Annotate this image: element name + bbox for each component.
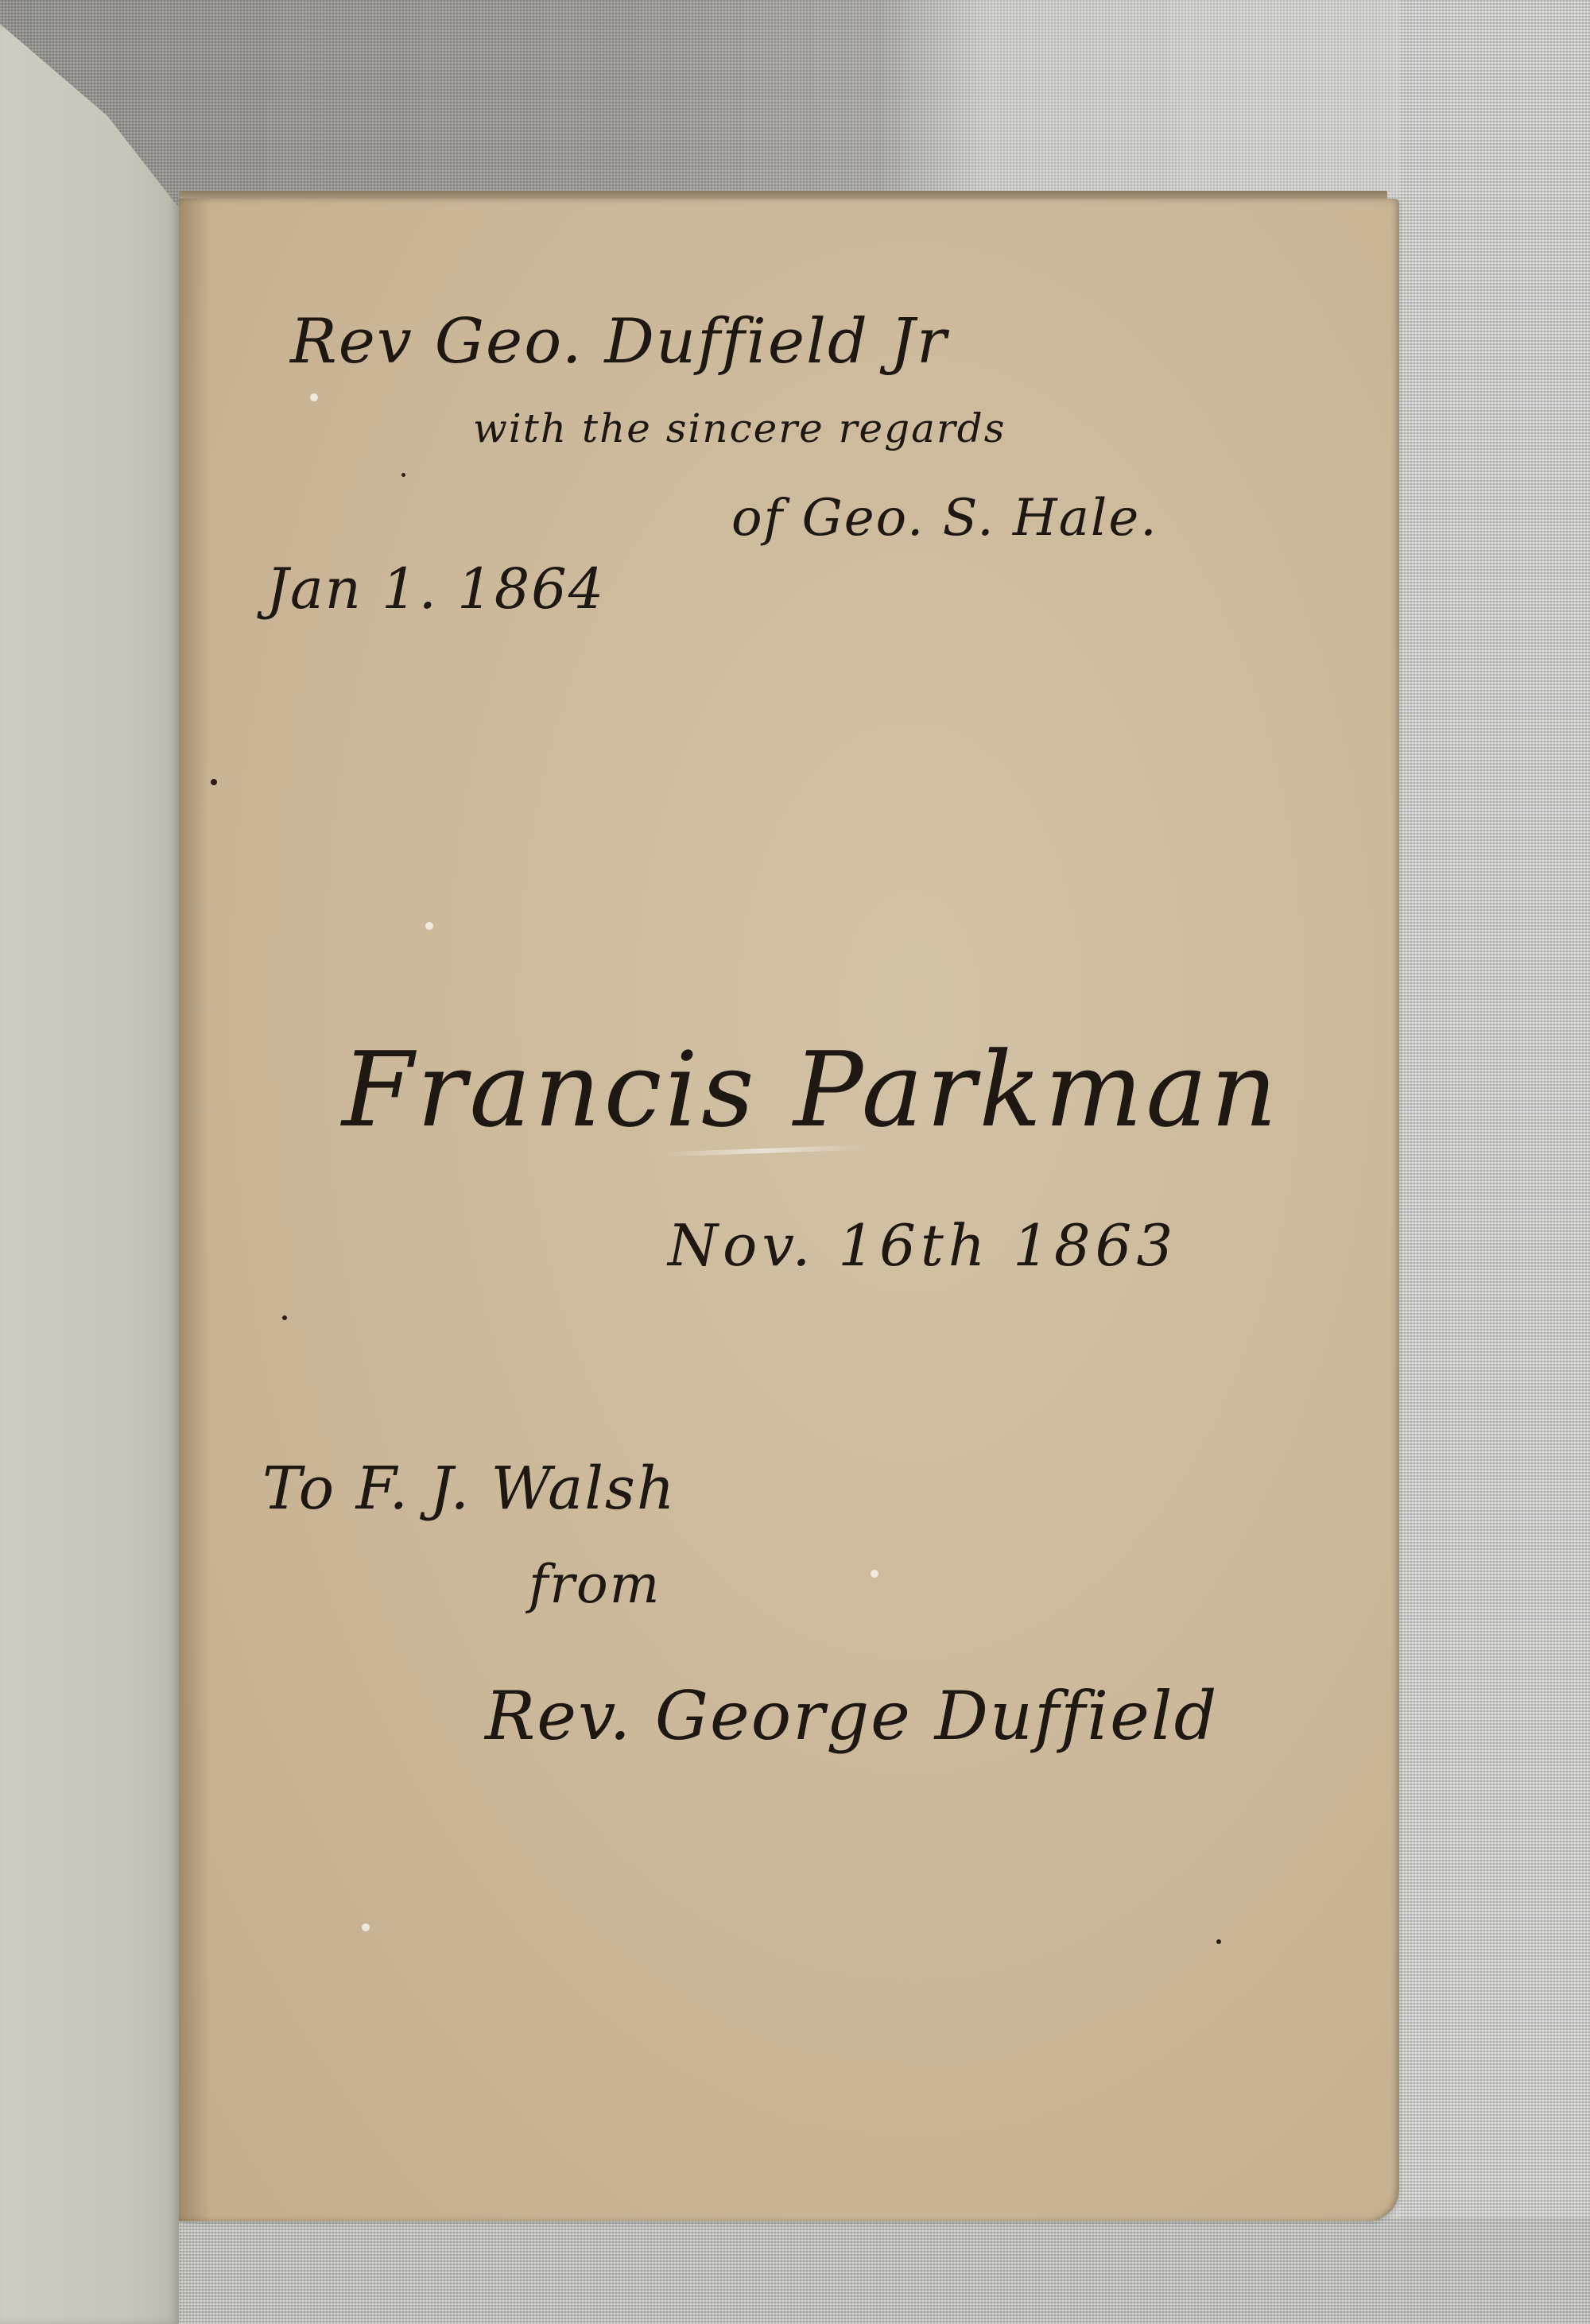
left-page-verso (0, 24, 179, 2324)
ink-speck (401, 473, 405, 477)
ink-speck (1216, 1939, 1221, 1944)
paper-spot (310, 393, 318, 401)
second-inscription-recipient: To F. J. Walsh (262, 1454, 677, 1523)
signature-date: Nov. 16th 1863 (668, 1212, 1177, 1279)
paper-spot (425, 922, 433, 930)
second-inscription-from-word: from (529, 1554, 661, 1615)
inscription-sentiment: with the sincere regards (473, 405, 1006, 451)
second-inscription-giver: Rev. George Duffield (485, 1677, 1218, 1755)
linen-background-right (1399, 0, 1590, 2324)
inscription-date: Jan 1. 1864 (266, 556, 605, 622)
linen-background-bottom (0, 2217, 1590, 2324)
gutter-shadow (179, 199, 211, 2221)
inscription-from: of Geo. S. Hale. (731, 489, 1158, 548)
signature-name: Francis Parkman (342, 1029, 1281, 1150)
inscription-recipient: Rev Geo. Duffield Jr (290, 306, 948, 378)
ink-speck (282, 1315, 287, 1320)
paper-spot (871, 1570, 878, 1578)
paper-spot (362, 1923, 370, 1931)
ink-speck (211, 779, 217, 785)
